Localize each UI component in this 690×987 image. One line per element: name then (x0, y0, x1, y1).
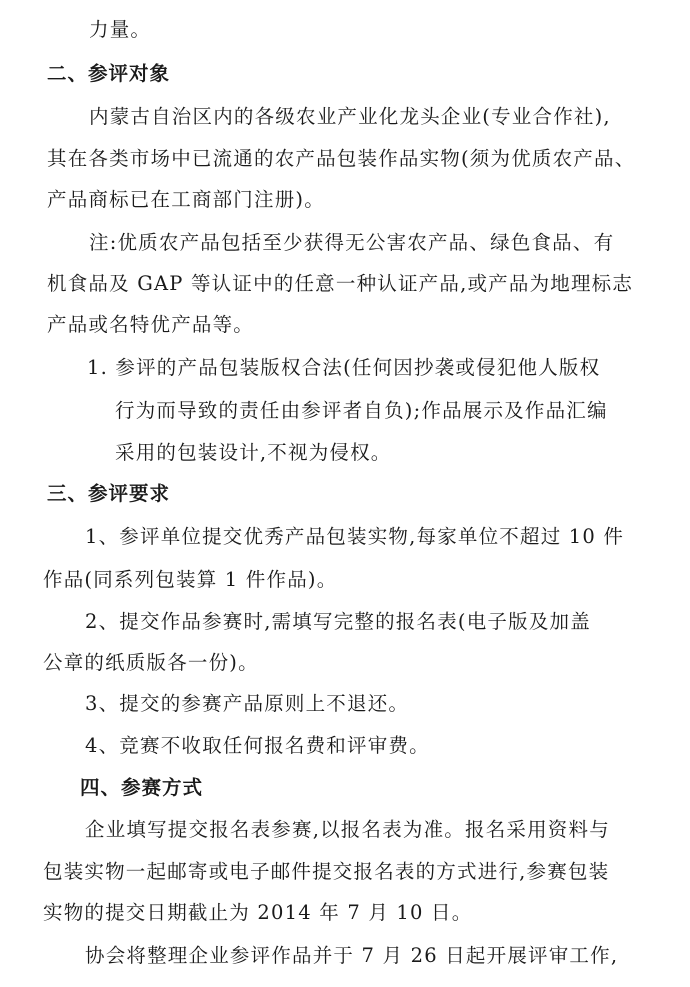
paragraph-line: 内蒙古自治区内的各级农业产业化龙头企业(专业合作社), (89, 105, 611, 129)
section-heading: 三、参评要求 (47, 482, 170, 506)
paragraph-line: 包装实物一起邮寄或电子邮件提交报名表的方式进行,参赛包装 (43, 860, 609, 884)
paragraph-line: 3、提交的参赛产品原则上不退还。 (85, 692, 409, 716)
paragraph-line: 4、竞赛不收取任何报名费和评审费。 (85, 734, 430, 758)
paragraph-line: 企业填写提交报名表参赛,以报名表为准。报名采用资料与 (85, 818, 610, 842)
paragraph-line: 注:优质农产品包括至少获得无公害农产品、绿色食品、有 (89, 231, 614, 255)
paragraph-line: 机食品及 GAP 等认证中的任意一种认证产品,或产品为地理标志 (47, 272, 633, 296)
paragraph-line: 作品(同系列包装算 1 件作品)。 (43, 568, 337, 592)
paragraph-line: 采用的包装设计,不视为侵权。 (115, 441, 392, 465)
paragraph-line: 1. 参评的产品包装版权合法(任何因抄袭或侵犯他人版权 (87, 356, 600, 380)
document-page: 力量。二、参评对象内蒙古自治区内的各级农业产业化龙头企业(专业合作社),其在各类… (0, 0, 690, 987)
paragraph-line: 协会将整理企业参评作品并于 7 月 26 日起开展评审工作, (85, 944, 618, 968)
paragraph-line: 2、提交作品参赛时,需填写完整的报名表(电子版及加盖 (85, 610, 591, 634)
paragraph-line: 1、参评单位提交优秀产品包装实物,每家单位不超过 10 件 (85, 525, 624, 549)
paragraph-line: 公章的纸质版各一份)。 (43, 651, 259, 675)
section-heading: 四、参赛方式 (80, 776, 203, 800)
paragraph-line: 产品或名特优产品等。 (47, 313, 254, 337)
paragraph-line: 产品商标已在工商部门注册)。 (47, 188, 325, 212)
paragraph-line: 行为而导致的责任由参评者自负);作品展示及作品汇编 (115, 399, 608, 423)
section-heading: 二、参评对象 (47, 62, 170, 86)
paragraph-line: 实物的提交日期截止为 2014 年 7 月 10 日。 (43, 901, 472, 925)
paragraph-line: 力量。 (89, 18, 151, 42)
paragraph-line: 其在各类市场中已流通的农产品包装作品实物(须为优质农产品、 (47, 147, 635, 171)
